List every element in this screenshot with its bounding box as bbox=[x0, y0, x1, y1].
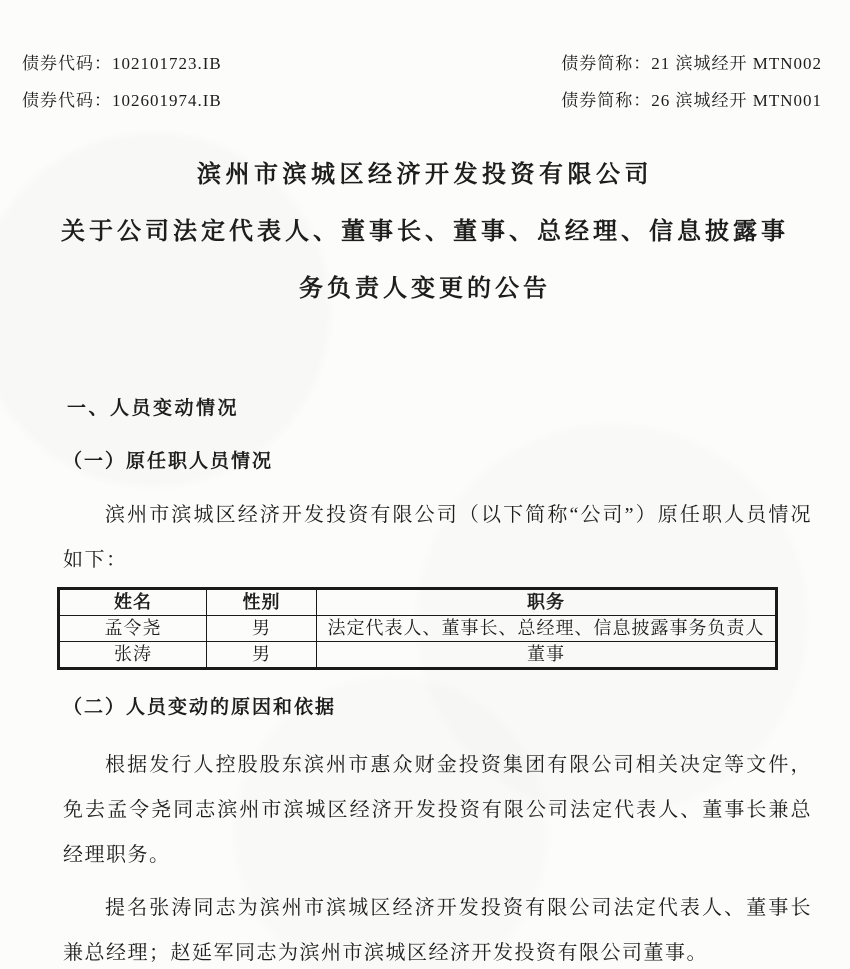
paragraph-original-personnel: 滨州市滨城区经济开发投资有限公司（以下简称“公司”）原任职人员情况如下： bbox=[63, 493, 812, 583]
cell-name: 张涛 bbox=[59, 642, 207, 669]
bond-codes-column: 债券代码：102101723.IB 债券代码：102601974.IB bbox=[22, 45, 222, 119]
cell-position: 董事 bbox=[317, 642, 777, 669]
subsection-1-2-heading: （二）人员变动的原因和依据 bbox=[63, 695, 812, 721]
column-header-name: 姓名 bbox=[59, 589, 207, 616]
personnel-table: 姓名 性别 职务 孟令尧 男 法定代表人、董事长、总经理、信息披露事务负责人 张… bbox=[57, 587, 778, 670]
column-header-position: 职务 bbox=[317, 589, 777, 616]
title-line-company: 滨州市滨城区经济开发投资有限公司 bbox=[0, 147, 850, 204]
bond-code-value: 102101723.IB bbox=[112, 54, 222, 73]
cell-gender: 男 bbox=[207, 616, 317, 642]
bond-code-value: 102601974.IB bbox=[112, 91, 222, 110]
subsection-1-1-heading: （一）原任职人员情况 bbox=[63, 449, 812, 475]
announcement-document-page: 债券代码：102101723.IB 债券代码：102601974.IB 债券简称… bbox=[0, 0, 850, 969]
bond-info-header: 债券代码：102101723.IB 债券代码：102601974.IB 债券简称… bbox=[0, 0, 850, 119]
bond-names-column: 债券简称：21 滨城经开 MTN002 债券简称：26 滨城经开 MTN001 bbox=[561, 45, 822, 119]
cell-position: 法定代表人、董事长、总经理、信息披露事务负责人 bbox=[317, 616, 777, 642]
bond-name-label: 债券简称： bbox=[561, 91, 651, 110]
bond-name-value: 21 滨城经开 MTN002 bbox=[651, 54, 822, 73]
bond-name-line-2: 债券简称：26 滨城经开 MTN001 bbox=[561, 82, 822, 119]
table-header-row: 姓名 性别 职务 bbox=[59, 589, 777, 616]
bond-code-label: 债券代码： bbox=[22, 91, 112, 110]
section-1-heading: 一、人员变动情况 bbox=[67, 396, 812, 422]
bond-name-line-1: 债券简称：21 滨城经开 MTN002 bbox=[561, 45, 822, 82]
title-line-subject-2: 务负责人变更的公告 bbox=[0, 261, 850, 318]
document-body: 一、人员变动情况 （一）原任职人员情况 滨州市滨城区经济开发投资有限公司（以下简… bbox=[63, 396, 812, 969]
cell-name: 孟令尧 bbox=[59, 616, 207, 642]
bond-code-line-1: 债券代码：102101723.IB bbox=[22, 45, 222, 82]
bond-name-label: 债券简称： bbox=[561, 54, 651, 73]
bond-name-value: 26 滨城经开 MTN001 bbox=[651, 91, 822, 110]
cell-gender: 男 bbox=[207, 642, 317, 669]
column-header-gender: 性别 bbox=[207, 589, 317, 616]
paragraph-nomination: 提名张涛同志为滨州市滨城区经济开发投资有限公司法定代表人、董事长兼总经理；赵延军… bbox=[63, 886, 812, 969]
document-title: 滨州市滨城区经济开发投资有限公司 关于公司法定代表人、董事长、董事、总经理、信息… bbox=[0, 147, 850, 318]
paragraph-removal-reason: 根据发行人控股股东滨州市惠众财金投资集团有限公司相关决定等文件，免去孟令尧同志滨… bbox=[63, 743, 812, 878]
table-row: 孟令尧 男 法定代表人、董事长、总经理、信息披露事务负责人 bbox=[59, 616, 777, 642]
title-line-subject-1: 关于公司法定代表人、董事长、董事、总经理、信息披露事 bbox=[0, 204, 850, 261]
table-row: 张涛 男 董事 bbox=[59, 642, 777, 669]
bond-code-label: 债券代码： bbox=[22, 54, 112, 73]
bond-code-line-2: 债券代码：102601974.IB bbox=[22, 82, 222, 119]
